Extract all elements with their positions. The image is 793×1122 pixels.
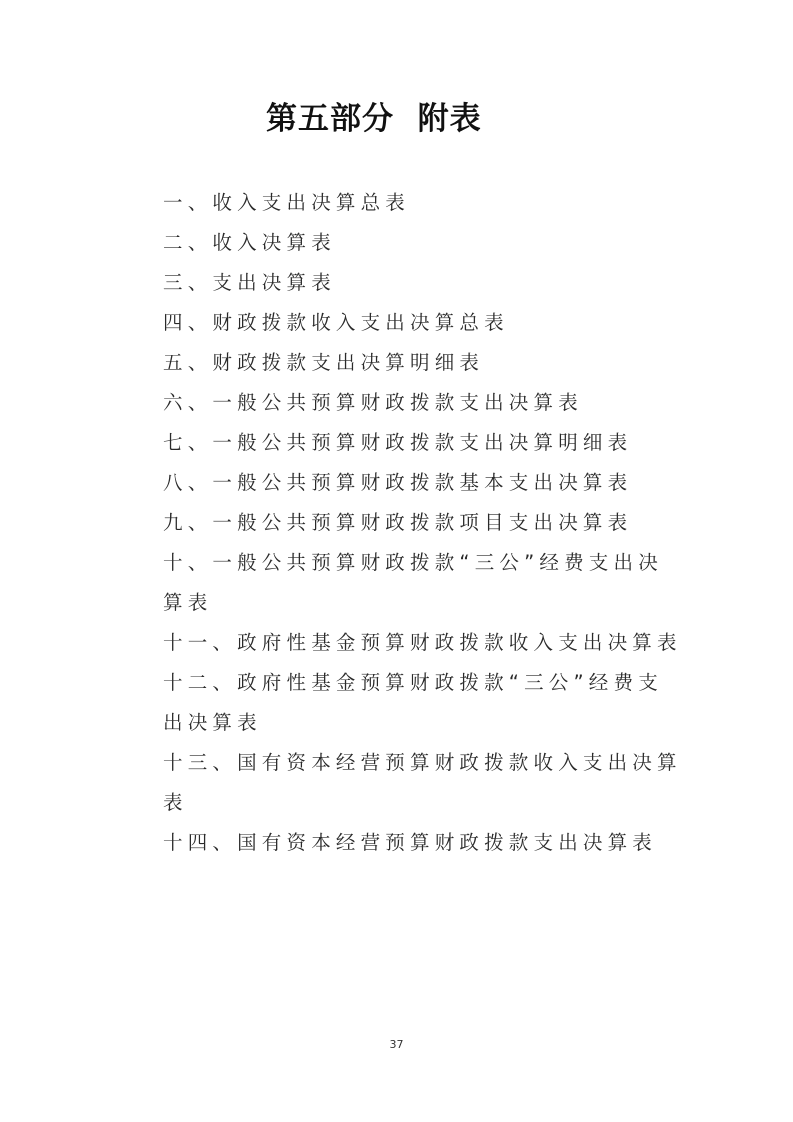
toc-item-5: 五、财政拨款支出决算明细表 <box>163 343 683 383</box>
toc-item-2: 二、收入决算表 <box>163 223 683 263</box>
toc-item-4: 四、财政拨款收入支出决算总表 <box>163 303 683 343</box>
toc-item-7: 七、一般公共预算财政拨款支出决算明细表 <box>163 423 683 463</box>
toc-item-1: 一、收入支出决算总表 <box>163 183 683 223</box>
toc-item-13: 十三、国有资本经营预算财政拨款收入支出决算表 <box>163 743 683 823</box>
appendix-table-list: 一、收入支出决算总表 二、收入决算表 三、支出决算表 四、财政拨款收入支出决算总… <box>163 183 683 863</box>
toc-item-10: 十、一般公共预算财政拨款“三公”经费支出决算表 <box>163 543 683 623</box>
document-page: 第五部分 附表 一、收入支出决算总表 二、收入决算表 三、支出决算表 四、财政拨… <box>0 0 793 1122</box>
toc-item-6: 六、一般公共预算财政拨款支出决算表 <box>163 383 683 423</box>
toc-item-14: 十四、国有资本经营预算财政拨款支出决算表 <box>163 823 683 863</box>
page-number: 37 <box>0 1038 793 1051</box>
toc-item-8: 八、一般公共预算财政拨款基本支出决算表 <box>163 463 683 503</box>
toc-item-12: 十二、政府性基金预算财政拨款“三公”经费支出决算表 <box>163 663 683 743</box>
toc-item-11: 十一、政府性基金预算财政拨款收入支出决算表 <box>163 623 683 663</box>
toc-item-9: 九、一般公共预算财政拨款项目支出决算表 <box>163 503 683 543</box>
toc-item-3: 三、支出决算表 <box>163 263 683 303</box>
page-title: 第五部分 附表 <box>266 97 482 141</box>
